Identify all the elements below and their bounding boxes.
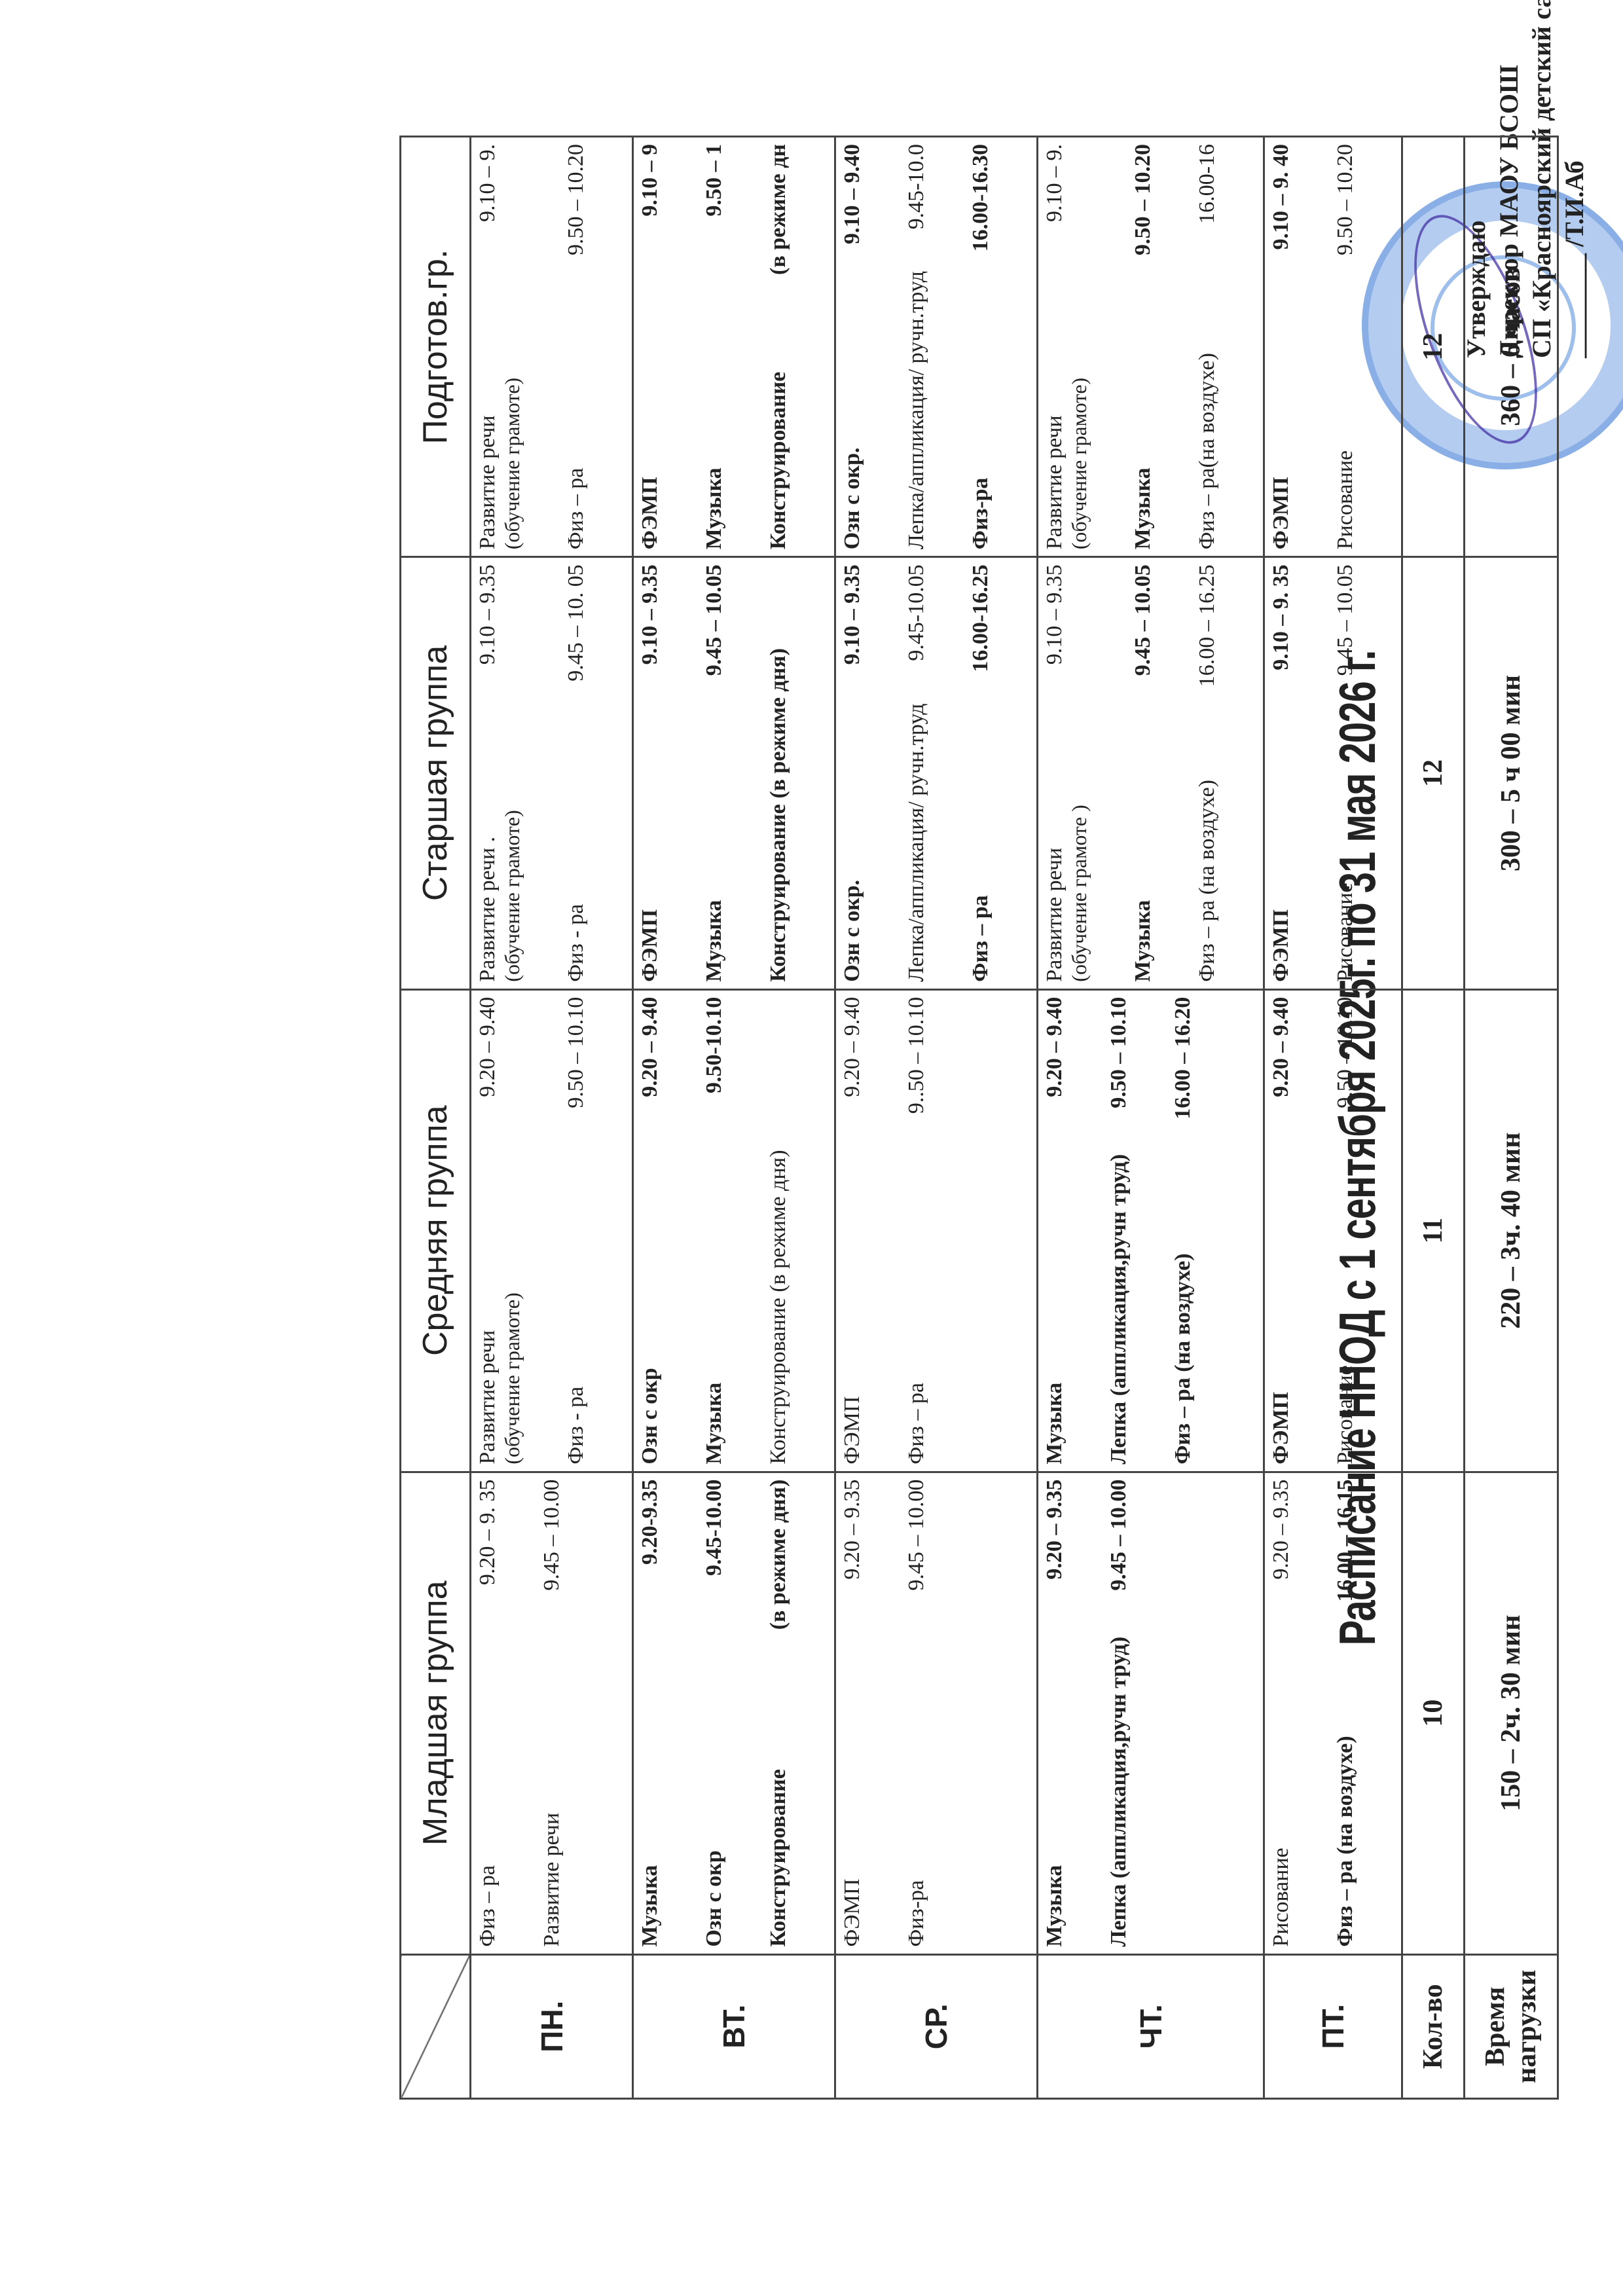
lesson-entry: Физ - ра9.45 – 10. 05: [564, 564, 589, 981]
lesson-name: Физ – ра (на воздухе): [1195, 780, 1220, 982]
day-row: СР.ФЭМП9.20 – 9.35Физ-ра9.45 – 10.00ФЭМП…: [835, 137, 1038, 2099]
day-label: СР.: [835, 1954, 1038, 2098]
lesson-entry: Конструирование(в режиме дня): [766, 1480, 791, 1947]
lesson-entry: Озн с окр9.20 – 9.40: [638, 997, 663, 1465]
lesson-time: 9.20 – 9.40: [638, 997, 663, 1097]
lesson-time: (в режиме дня): [766, 1480, 791, 1630]
lesson-time: 9.10 – 9.: [475, 144, 500, 222]
lesson-entry: Развитие речи9.10 – 9.: [475, 144, 500, 549]
lesson-time: 9.45 – 10.00: [904, 1480, 929, 1591]
schedule-cell: Рисование9.20 – 9.35Физ – ра (на воздухе…: [1264, 1472, 1402, 1954]
day-row: ПТ.Рисование9.20 – 9.35Физ – ра (на возд…: [1264, 137, 1402, 2099]
lesson-entry: Озн с окр.9.10 – 9.35: [840, 564, 865, 981]
schedule-cell: Озн с окр.9.10 – 9.40Лепка/аппликация/ р…: [835, 137, 1038, 557]
lesson-note: (обучение грамоте): [1067, 144, 1091, 549]
lesson-name: Физ - ра: [564, 1387, 589, 1465]
schedule-cell: ФЭМП9.20 – 9.35Физ-ра9.45 – 10.00: [835, 1472, 1038, 1954]
lesson-time: 9.20 – 9.40: [1042, 997, 1067, 1097]
lesson-entry: Физ – ра9..50 – 10.10: [904, 997, 929, 1465]
lesson-entry: Музыка9.50-10.10: [702, 997, 727, 1465]
lesson-entry: ФЭМП9.10 – 9. 35: [1269, 564, 1294, 981]
lesson-entry: Лепка/аппликация/ ручн.труд9.45-10.05: [904, 564, 929, 981]
lesson-name: Физ-ра: [904, 1880, 929, 1947]
lesson-entry: ФЭМП9.10 – 9. 40: [1269, 144, 1294, 549]
lesson-name: Физ – ра(на воздухе): [1195, 353, 1220, 549]
lesson-entry: Развитие речи9.10 – 9.: [1042, 144, 1067, 549]
header-row: Младшая группа Средняя группа Старшая гр…: [401, 137, 471, 2099]
schedule-cell: ФЭМП9.20 – 9.40Рисование9.50 – 10.10: [1264, 989, 1402, 1472]
lesson-name: Развитие речи: [1042, 415, 1067, 549]
lesson-entry: ФЭМП9.20 – 9.40: [1269, 997, 1294, 1465]
lesson-entry: Физ – ра16.00-16.25: [968, 564, 993, 981]
lesson-entry: Физ-ра16.00-16.30: [968, 144, 993, 549]
lesson-time: 9.20 – 9.40: [840, 997, 865, 1097]
lesson-time: 9.10 – 9.: [1042, 144, 1067, 222]
lesson-name: Конструирование: [766, 372, 791, 550]
totals-value: 11: [1402, 989, 1465, 1472]
lesson-entry: Озн с окр.9.10 – 9.40: [840, 144, 865, 549]
schedule-cell: ФЭМП9.10 – 9. 40Рисование9.50 – 10.20: [1264, 137, 1402, 557]
approval-line: ________ /Т.И.Аб: [1558, 0, 1591, 358]
lesson-name: ФЭМП: [840, 1396, 865, 1465]
lesson-time: 9.10 – 9.35: [840, 564, 865, 665]
lesson-time: 9.20 – 9.35: [840, 1480, 865, 1580]
lesson-name: Озн с окр.: [840, 880, 865, 982]
lesson-entry: ФЭМП9.10 – 9.35: [638, 564, 663, 981]
totals-label: Время нагрузки: [1465, 1954, 1558, 2098]
lesson-time: 9.45-10.0: [904, 144, 929, 229]
schedule-cell: Музыка9.20 – 9.35Лепка (аппликация,ручн …: [1038, 1472, 1264, 1954]
totals-value: 300 – 5 ч 00 мин: [1465, 557, 1558, 989]
lesson-name: Физ – ра (на воздухе): [1171, 1253, 1195, 1464]
lesson-name: ФЭМП: [638, 909, 663, 982]
totals-value: 150 – 2ч. 30 мин: [1465, 1472, 1558, 1954]
lesson-entry: Музыка9.20-9.35: [638, 1480, 663, 1947]
lesson-name: Озн с окр: [638, 1368, 663, 1464]
day-label: ПН.: [471, 1954, 633, 2098]
lesson-name: Рисование: [1269, 1848, 1294, 1946]
lesson-entry: Физ – ра (на воздухе)16.00 – 16.20: [1171, 997, 1195, 1465]
schedule-cell: Физ – ра9.20 – 9. 35Развитие речи9.45 – …: [471, 1472, 633, 1954]
lesson-time: (в режиме дн: [766, 144, 791, 275]
schedule-cell: Озн с окр.9.10 – 9.35Лепка/аппликация/ р…: [835, 557, 1038, 989]
lesson-note: (обучение грамоте ): [1067, 564, 1091, 981]
day-row: ЧТ.Музыка9.20 – 9.35Лепка (аппликация,ру…: [1038, 137, 1264, 2099]
totals-row: Кол-во10111212: [1402, 137, 1465, 2099]
lesson-time: 9.50-10.10: [702, 997, 727, 1093]
lesson-time: 9.20 – 9. 35: [475, 1480, 500, 1586]
lesson-entry: Физ – ра9.50 – 10.20: [564, 144, 589, 549]
lesson-time: 9.45 – 10.00: [1106, 1480, 1131, 1591]
schedule-cell: Развитие речи9.10 – 9.(обучение грамоте)…: [471, 137, 633, 557]
schedule-cell: Развитие речи9.10 – 9.35(обучение грамот…: [1038, 557, 1264, 989]
lesson-name: Физ - ра: [564, 904, 589, 982]
lesson-entry: ФЭМП9.20 – 9.35: [840, 1480, 865, 1947]
lesson-entry: Лепка (аппликация,ручн труд)9.50 – 10.10: [1106, 997, 1131, 1465]
lesson-time: 16.00-16.25: [968, 564, 993, 672]
lesson-entry: Музыка9.20 – 9.35: [1042, 1480, 1067, 1947]
lesson-time: 9.45 – 10.05: [1131, 564, 1156, 676]
lesson-time: 9.20 – 9.35: [1269, 1480, 1294, 1580]
totals-value: 12: [1402, 137, 1465, 557]
lesson-note: (обучение грамоте): [500, 997, 524, 1465]
lesson-entry: Рисование9.20 – 9.35: [1269, 1480, 1294, 1947]
lesson-name: Озн с окр.: [840, 447, 865, 549]
schedule-cell: Озн с окр9.20 – 9.40Музыка9.50-10.10Конс…: [633, 989, 835, 1472]
lesson-entry: Музыка9.45 – 10.05: [702, 564, 727, 981]
lesson-name: Рисование: [1333, 1365, 1358, 1464]
lesson-time: 16.00-16.30: [968, 144, 993, 251]
schedule-table: Младшая группа Средняя группа Старшая гр…: [399, 136, 1559, 2100]
lesson-entry: Лепка/аппликация/ ручн.труд9.45-10.0: [904, 144, 929, 549]
lesson-entry: Развитие речи .9.10 – 9.35: [475, 564, 500, 981]
lesson-time: 9.10 – 9. 40: [1269, 144, 1294, 250]
lesson-entry: Рисование9.45 – 10.05: [1333, 564, 1358, 981]
schedule-cell: Музыка9.20 – 9.40Лепка (аппликация,ручн …: [1038, 989, 1264, 1472]
lesson-time: 16.00 – 16.20: [1171, 997, 1195, 1120]
schedule-cell: ФЭМП9.20 – 9.40Физ – ра9..50 – 10.10: [835, 989, 1038, 1472]
lesson-name: Конструирование (в режиме дня): [766, 648, 791, 982]
lesson-name: Музыка: [1131, 900, 1156, 982]
lesson-name: Музыка: [702, 900, 727, 982]
lesson-name: Физ – ра: [475, 1865, 500, 1947]
day-label: ЧТ.: [1038, 1954, 1264, 2098]
lesson-name: Озн с окр: [702, 1850, 727, 1946]
lesson-time: 9.10 – 9.35: [638, 564, 663, 665]
lesson-entry: Развитие речи9.45 – 10.00: [539, 1480, 564, 1947]
lesson-entry: Развитие речи9.10 – 9.35: [1042, 564, 1067, 981]
column-header: Старшая группа: [401, 557, 471, 989]
lesson-time: 9.10 – 9.40: [840, 144, 865, 244]
lesson-name: Конструирование: [766, 1769, 791, 1947]
lesson-name: Развитие речи: [539, 1813, 564, 1947]
lesson-time: 16.00 – 16.25: [1195, 564, 1220, 687]
lesson-entry: Музыка9.50 – 1: [702, 144, 727, 549]
lesson-name: Конструирование (в режиме дня): [766, 1150, 791, 1464]
lesson-entry: Конструирование(в режиме дн: [766, 144, 791, 549]
lesson-time: 9.45 – 10.00: [539, 1480, 564, 1591]
lesson-name: ФЭМП: [840, 1879, 865, 1947]
corner-cell: [401, 1954, 471, 2098]
lesson-name: Музыка: [1131, 467, 1156, 549]
lesson-name: Рисование: [1333, 450, 1358, 549]
lesson-name: Музыка: [638, 1865, 663, 1947]
totals-value: 12: [1402, 557, 1465, 989]
lesson-time: 16.00-16: [1195, 144, 1220, 224]
totals-value: 360 – 6 часов: [1465, 137, 1558, 557]
lesson-time: 9.50 – 10.20: [564, 144, 589, 255]
lesson-name: Физ – ра: [904, 1383, 929, 1465]
lesson-name: Развитие речи .: [475, 837, 500, 982]
lesson-name: Лепка/аппликация/ ручн.труд: [904, 703, 929, 981]
schedule-cell: Развитие речи .9.10 – 9.35(обучение грам…: [471, 557, 633, 989]
schedule-cell: ФЭМП9.10 – 9.35Музыка9.45 – 10.05Констру…: [633, 557, 835, 989]
column-header: Младшая группа: [401, 1472, 471, 1954]
lesson-name: Развитие речи: [475, 1330, 500, 1465]
lesson-entry: Озн с окр9.45-10.00: [702, 1480, 727, 1947]
lesson-time: 9.50 – 10.20: [1131, 144, 1156, 255]
lesson-time: 9.50 – 10.10: [1106, 997, 1131, 1108]
lesson-name: ФЭМП: [638, 477, 663, 549]
lesson-name: Физ – ра: [564, 468, 589, 550]
lesson-time: 9.45 – 10. 05: [564, 564, 589, 682]
lesson-name: Физ – ра: [968, 895, 993, 981]
lesson-time: 9.45 – 10.05: [1333, 564, 1358, 676]
lesson-time: 9.10 – 9.35: [475, 564, 500, 665]
lesson-time: 9.45-10.05: [904, 564, 929, 661]
totals-value: 10: [1402, 1472, 1465, 1954]
lesson-note: (обучение грамоте): [500, 144, 524, 549]
lesson-name: Музыка: [1042, 1383, 1067, 1465]
lesson-name: Музыка: [702, 467, 727, 549]
column-header: Подготов.гр.: [401, 137, 471, 557]
day-row: ВТ.Музыка9.20-9.35Озн с окр9.45-10.00Кон…: [633, 137, 835, 2099]
lesson-time: 9.45 – 10.05: [702, 564, 727, 676]
lesson-time: 9.10 – 9: [638, 144, 663, 217]
lesson-entry: Музыка9.45 – 10.05: [1131, 564, 1156, 981]
lesson-name: Физ-ра: [968, 478, 993, 550]
lesson-note: (обучение грамоте): [500, 564, 524, 981]
lesson-entry: Развитие речи9.20 – 9.40: [475, 997, 500, 1465]
lesson-name: Лепка/аппликация/ ручн.труд: [904, 271, 929, 549]
schedule-cell: ФЭМП9.10 – 9Музыка9.50 – 1Конструировани…: [633, 137, 835, 557]
lesson-entry: Рисование9.50 – 10.10: [1333, 997, 1358, 1465]
day-label: ПТ.: [1264, 1954, 1402, 2098]
lesson-name: Развитие речи: [1042, 848, 1067, 982]
totals-row: Время нагрузки150 – 2ч. 30 мин220 – 3ч. …: [1465, 137, 1558, 2099]
lesson-entry: Рисование9.50 – 10.20: [1333, 144, 1358, 549]
lesson-time: 9.10 – 9.35: [1042, 564, 1067, 665]
lesson-name: ФЭМП: [1269, 909, 1294, 982]
column-header: Средняя группа: [401, 989, 471, 1472]
lesson-entry: ФЭМП9.10 – 9: [638, 144, 663, 549]
schedule-cell: Развитие речи9.10 – 9.(обучение грамоте)…: [1038, 137, 1264, 557]
lesson-time: 9.45-10.00: [702, 1480, 727, 1576]
lesson-name: Лепка (аппликация,ручн труд): [1106, 1154, 1131, 1465]
lesson-name: Музыка: [1042, 1865, 1067, 1947]
lesson-time: 9.50 – 10.10: [1333, 997, 1358, 1108]
lesson-entry: Музыка9.50 – 10.20: [1131, 144, 1156, 549]
totals-value: 220 – 3ч. 40 мин: [1465, 989, 1558, 1472]
lesson-name: ФЭМП: [1269, 1392, 1294, 1465]
lesson-time: 9.50 – 1: [702, 144, 727, 217]
lesson-name: Музыка: [702, 1383, 727, 1465]
day-row: ПН.Физ – ра9.20 – 9. 35Развитие речи9.45…: [471, 137, 633, 2099]
lesson-time: 9.20 – 9.40: [475, 997, 500, 1097]
lesson-entry: ФЭМП9.20 – 9.40: [840, 997, 865, 1465]
lesson-entry: Конструирование (в режиме дня): [766, 997, 791, 1465]
document-sheet: Утверждаю Директор МАОУ БСОШ СП «Красноя…: [0, 0, 1623, 2296]
lesson-entry: Физ-ра9.45 – 10.00: [904, 1480, 929, 1947]
lesson-time: 9.20 – 9.35: [1042, 1480, 1067, 1580]
schedule-cell: ФЭМП9.10 – 9. 35Рисование9.45 – 10.05: [1264, 557, 1402, 989]
lesson-name: ФЭМП: [1269, 477, 1294, 549]
lesson-name: Рисование: [1333, 883, 1358, 981]
lesson-entry: Лепка (аппликация,ручн труд)9.45 – 10.00: [1106, 1480, 1131, 1947]
lesson-time: 9.50 – 10.20: [1333, 144, 1358, 255]
lesson-entry: Физ – ра(на воздухе)16.00-16: [1195, 144, 1220, 549]
lesson-name: Физ – ра (на воздухе): [1333, 1736, 1358, 1946]
schedule-cell: Развитие речи9.20 – 9.40(обучение грамот…: [471, 989, 633, 1472]
lesson-time: 9.50 – 10.10: [564, 997, 589, 1108]
totals-label: Кол-во: [1402, 1954, 1465, 2098]
lesson-time: 9.10 – 9. 35: [1269, 564, 1294, 670]
lesson-time: 9..50 – 10.10: [904, 997, 929, 1114]
lesson-entry: Музыка9.20 – 9.40: [1042, 997, 1067, 1465]
lesson-entry: Физ – ра (на воздухе)16.00 – 16.15: [1333, 1480, 1358, 1947]
lesson-entry: Физ – ра9.20 – 9. 35: [475, 1480, 500, 1947]
lesson-name: Развитие речи: [475, 415, 500, 549]
lesson-entry: Физ – ра (на воздухе)16.00 – 16.25: [1195, 564, 1220, 981]
lesson-time: 16.00 – 16.15: [1333, 1480, 1358, 1602]
lesson-entry: Физ - ра9.50 – 10.10: [564, 997, 589, 1465]
day-label: ВТ.: [633, 1954, 835, 2098]
lesson-time: 9.20 – 9.40: [1269, 997, 1294, 1097]
lesson-name: Лепка (аппликация,ручн труд): [1106, 1637, 1131, 1947]
schedule-cell: Музыка9.20-9.35Озн с окр9.45-10.00Констр…: [633, 1472, 835, 1954]
lesson-entry: Конструирование (в режиме дня): [766, 564, 791, 981]
lesson-time: 9.20-9.35: [638, 1480, 663, 1565]
